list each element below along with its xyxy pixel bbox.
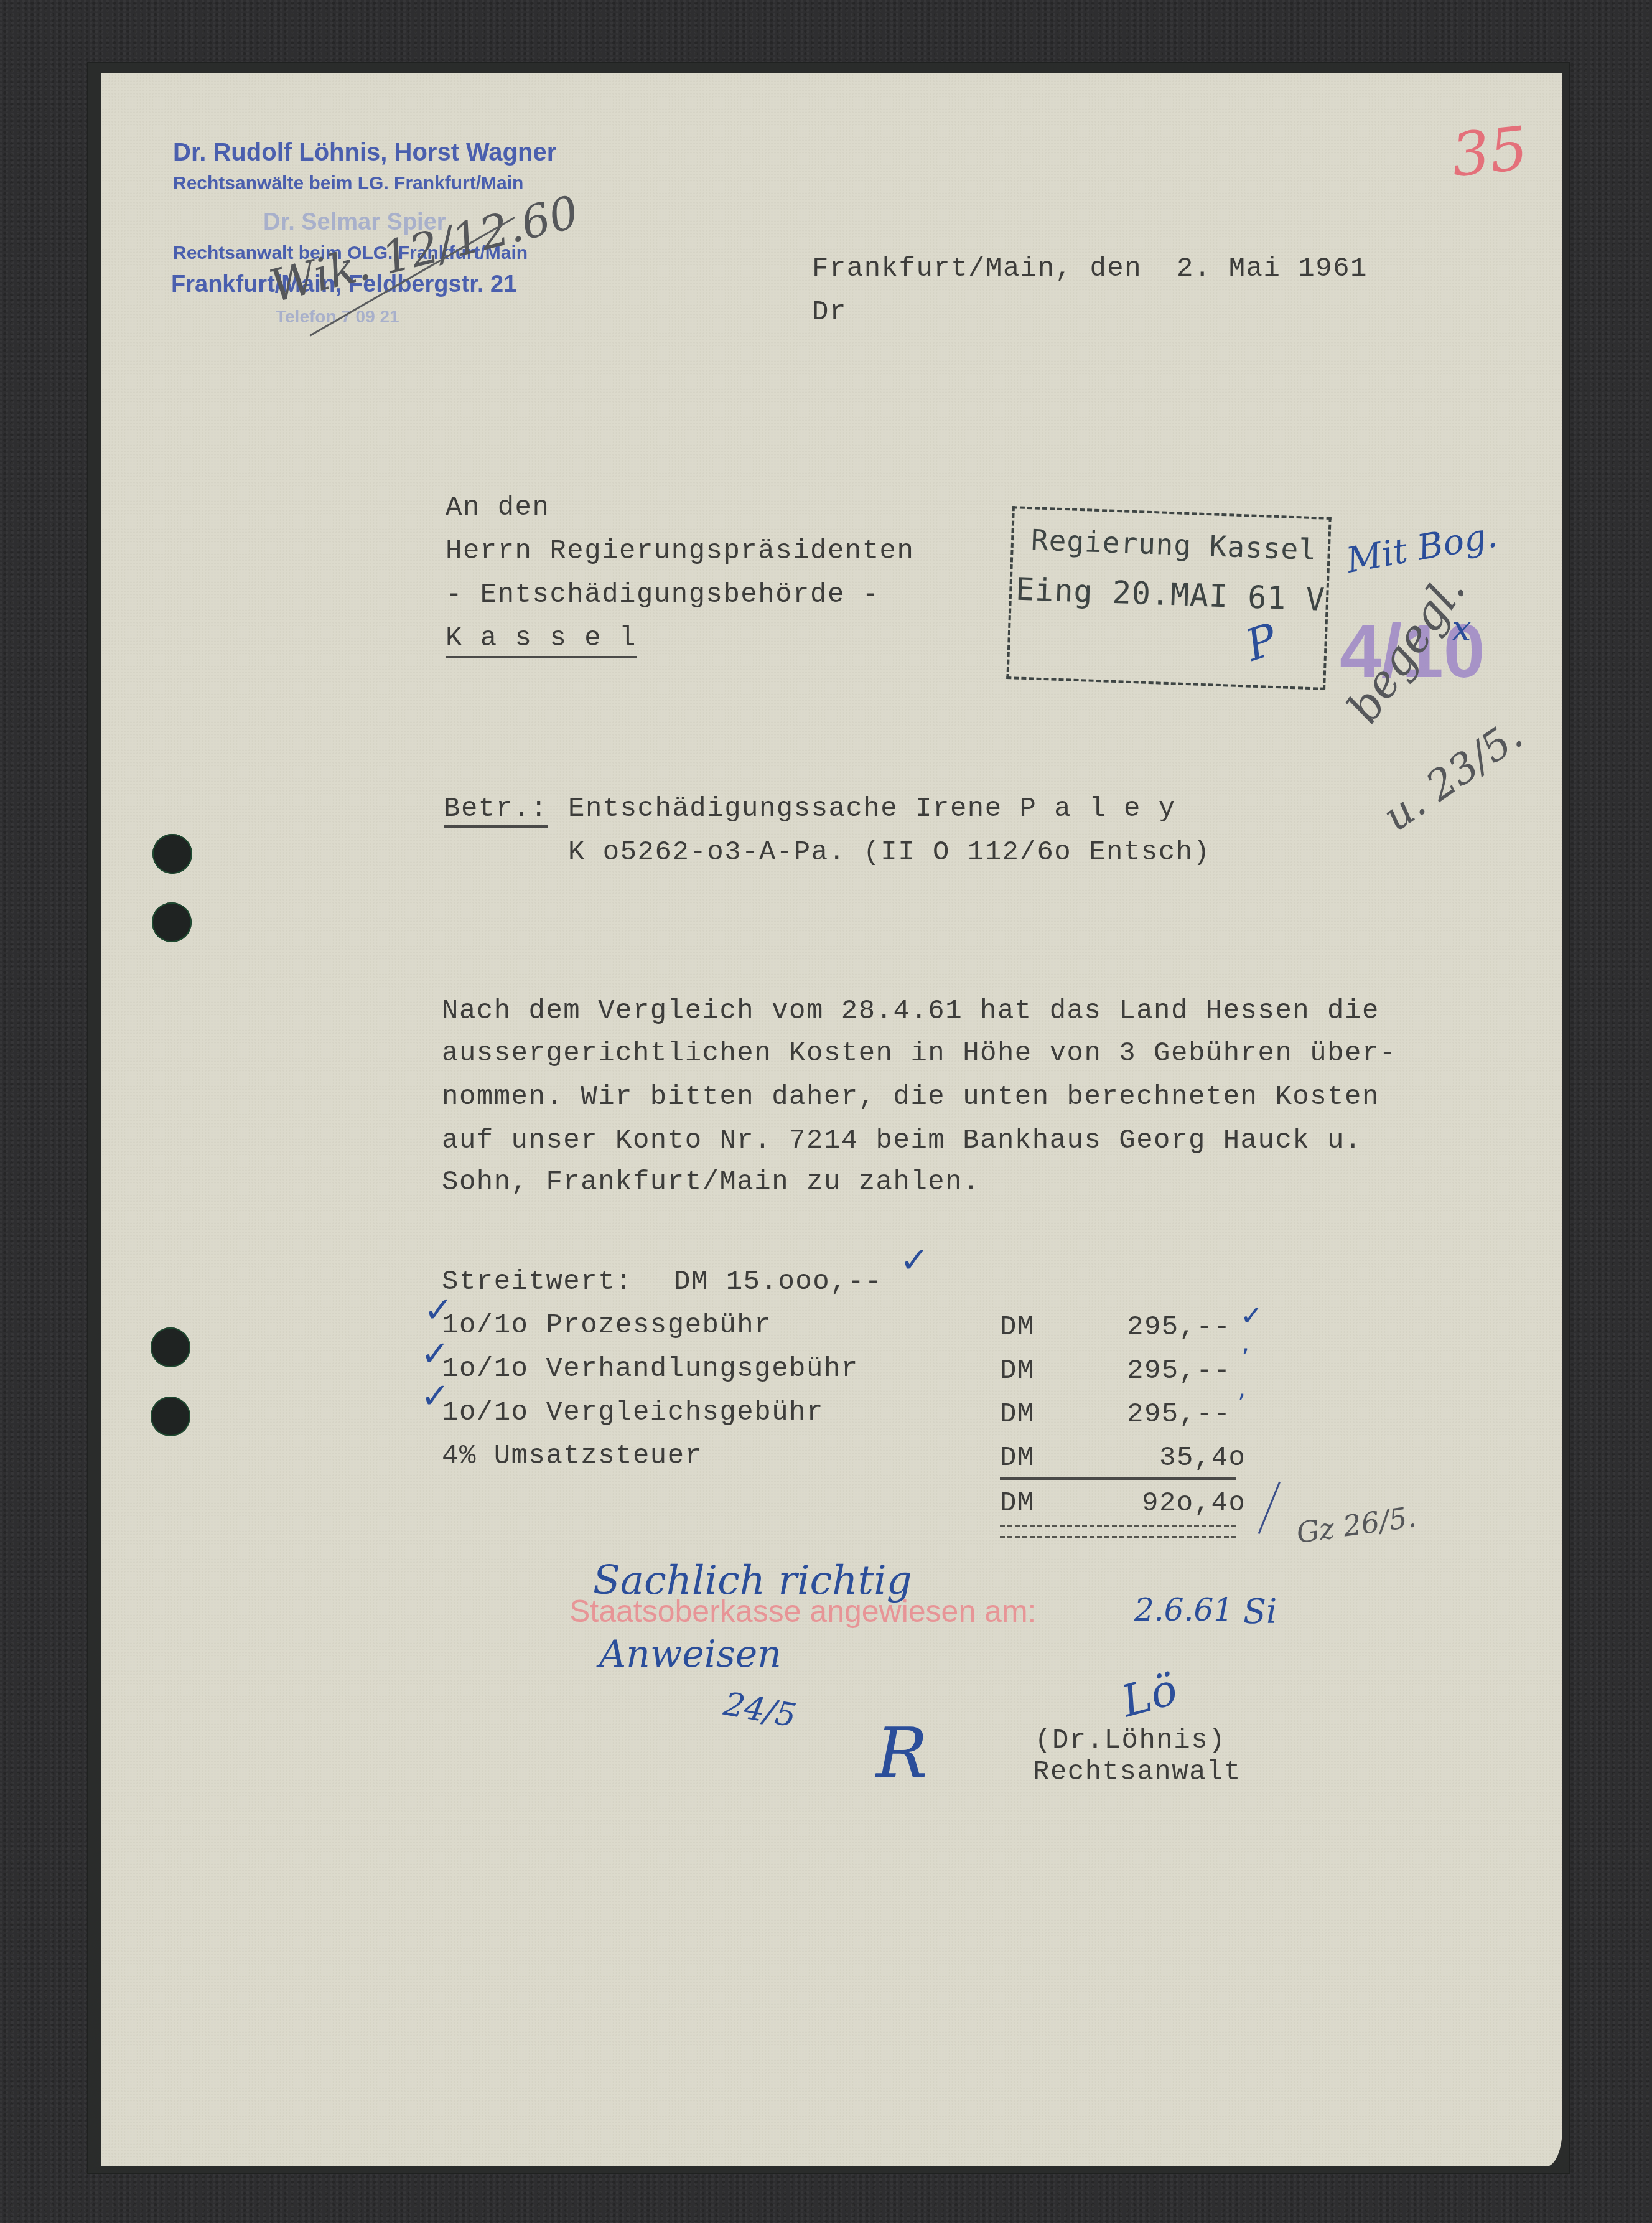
checkmark-icon: ✓ [900, 1243, 929, 1278]
checkmark-icon: ✓ [421, 1337, 450, 1372]
payment-date: 2.6.61 [1134, 1592, 1233, 1628]
total-currency: DM [1000, 1490, 1035, 1517]
reference-initials: Dr [812, 299, 847, 326]
subject-label: Betr.: [444, 795, 548, 828]
letterhead-line-2: Rechtsanwälte beim LG. Frankfurt/Main [173, 173, 523, 194]
recipient-city: K a s s e l [446, 625, 637, 658]
cost-item-currency: DM [1000, 1401, 1035, 1428]
total-double-rule [1000, 1525, 1236, 1538]
signatory-name: (Dr.Löhnis) [1035, 1727, 1226, 1754]
body-line-4: auf unser Konto Nr. 7214 beim Bankhaus G… [442, 1127, 1362, 1154]
recipient-line-3: - Entschädigungsbehörde - [446, 581, 880, 609]
received-stamp-date: Eing 20.MAI 61 V [1015, 571, 1325, 617]
checkmark-icon: ✓ [421, 1379, 450, 1414]
recipient-line-2: Herrn Regierungspräsidenten [446, 538, 914, 565]
body-line-5: Sohn, Frankfurt/Main zu zahlen. [442, 1169, 980, 1196]
received-stamp: Regierung Kassel Eing 20.MAI 61 V P [1006, 506, 1331, 690]
cost-item-amount: 295,-- [1127, 1401, 1231, 1428]
letterhead-name: Dr. Rudolf Löhnis, Horst Wagner [173, 139, 556, 167]
punch-hole [152, 902, 192, 942]
checkmark-icon: ✓ [424, 1293, 453, 1328]
cost-item-label: 1o/1o Verhandlungsgebühr [442, 1355, 859, 1383]
pencil-check-stroke [1258, 1481, 1281, 1534]
margin-pencil-note-2: u. 23/5. [1374, 711, 1531, 841]
received-stamp-initial: P [1239, 614, 1283, 672]
streitwert-label: Streitwert: [442, 1268, 633, 1296]
cost-item-label: 1o/1o Prozessgebühr [442, 1312, 772, 1339]
recipient-line-1: An den [446, 494, 549, 522]
punch-hole [151, 1397, 190, 1436]
cost-item-label: 1o/1o Vergleichsgebühr [442, 1399, 824, 1426]
total-amount: 92o,4o [1142, 1490, 1246, 1517]
punch-hole [152, 834, 192, 874]
handwritten-approval-initial: R [876, 1713, 928, 1793]
subtotal-rule [1000, 1477, 1236, 1480]
page-number: 35 [1448, 113, 1531, 190]
cost-item-label: 4% Umsatzsteuer [442, 1443, 702, 1470]
cost-item-amount: 35,4o [1159, 1444, 1246, 1472]
cost-item-currency: DM [1000, 1444, 1035, 1472]
body-line-2: aussergerichtlichen Kosten in Höhe von 3… [442, 1040, 1397, 1067]
punch-hole [151, 1327, 190, 1367]
cost-item-amount: 295,-- [1127, 1357, 1231, 1385]
signatory-title: Rechtsanwalt [1033, 1759, 1241, 1786]
margin-note-top-right: Mit Bog. [1343, 515, 1500, 581]
handwritten-approval-line-2: Anweisen [599, 1632, 782, 1676]
body-line-3: nommen. Wir bitten daher, die unten bere… [442, 1083, 1379, 1111]
handwritten-approval-line-1: Sachlich richtig [593, 1558, 912, 1604]
subject-line-2: K o5262-o3-A-Pa. (II O 112/6o Entsch) [568, 839, 1210, 866]
cost-item-currency: DM [1000, 1314, 1035, 1341]
handwritten-approval-date: 24/5 [721, 1685, 799, 1734]
streitwert-value: DM 15.ooo,-- [674, 1268, 882, 1296]
subject-line-1: Entschädigungssache Irene P a l e y [568, 795, 1176, 823]
letterhead-phone: Telefon 7 09 21 [276, 307, 399, 327]
total-pencil-note: Gz 26/5. [1294, 1500, 1418, 1550]
checkmark-icon: ʼ [1241, 1346, 1249, 1371]
received-stamp-authority: Regierung Kassel [1030, 523, 1317, 566]
letter-page: 35 Dr. Rudolf Löhnis, Horst Wagner Recht… [101, 73, 1562, 2166]
place-date: Frankfurt/Main, den 2. Mai 1961 [812, 255, 1368, 283]
signature-scribble: Lö [1116, 1664, 1183, 1727]
payment-initial: Si [1243, 1592, 1277, 1631]
cost-item-currency: DM [1000, 1357, 1035, 1385]
checkmark-icon: ʼ [1238, 1392, 1246, 1416]
checkmark-icon: ✓ [1240, 1303, 1263, 1330]
cost-item-amount: 295,-- [1127, 1314, 1231, 1341]
body-line-1: Nach dem Vergleich vom 28.4.61 hat das L… [442, 998, 1379, 1025]
